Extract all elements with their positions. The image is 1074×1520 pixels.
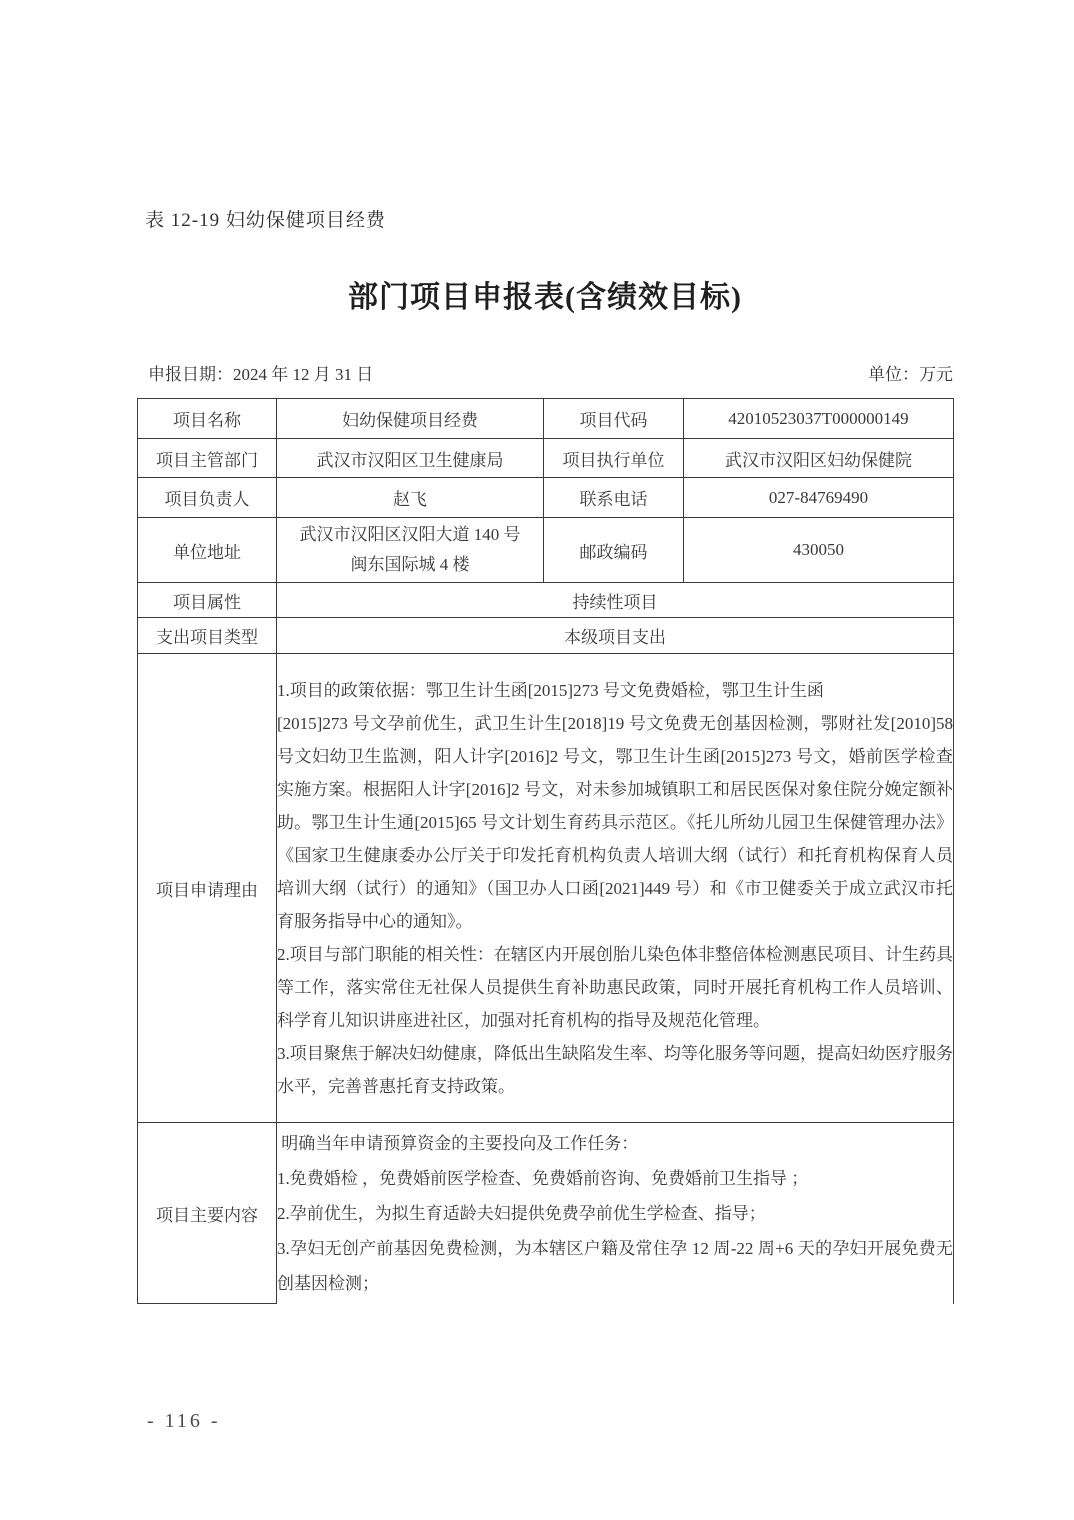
- competent-dept-label: 项目主管部门: [138, 439, 277, 478]
- text-line: 1.免费婚检 ，免费婚前医学检查、免费婚前咨询、免费婚前卫生指导 ；: [277, 1161, 953, 1196]
- row-application-reason: 项目申请理由 1.项目的政策依据：鄂卫生计生函[2015]273 号文免费婚检，…: [138, 654, 954, 1123]
- page-number: - 116 -: [147, 1410, 221, 1433]
- executing-unit-value: 武汉市汉阳区妇幼保健院: [684, 439, 954, 478]
- meta-row: 申报日期：2024 年 12 月 31 日 单位：万元: [137, 360, 953, 385]
- declare-date: 申报日期：2024 年 12 月 31 日: [137, 360, 373, 385]
- text-line: 武汉市汉阳区汉阳大道 140 号: [277, 520, 543, 550]
- row-competent-dept: 项目主管部门 武汉市汉阳区卫生健康局 项目执行单位 武汉市汉阳区妇幼保健院: [138, 439, 954, 478]
- project-application-table: 项目名称 妇幼保健项目经费 项目代码 42010523037T000000149…: [137, 398, 954, 1304]
- application-reason-text: 1.项目的政策依据：鄂卫生计生函[2015]273 号文免费婚检，鄂卫生计生函[…: [277, 654, 954, 1123]
- row-project-name: 项目名称 妇幼保健项目经费 项目代码 42010523037T000000149: [138, 399, 954, 439]
- text-line: 1.项目的政策依据：鄂卫生计生函[2015]273 号文免费婚检，鄂卫生计生函: [277, 674, 953, 707]
- project-leader-value: 赵飞: [277, 478, 544, 518]
- competent-dept-value: 武汉市汉阳区卫生健康局: [277, 439, 544, 478]
- unit-label: 单位：万元: [868, 360, 953, 385]
- main-content-paragraphs: 明确当年申请预算资金的主要投向及工作任务：1.免费婚检 ，免费婚前医学检查、免费…: [277, 1126, 953, 1301]
- row-project-attribute: 项目属性 持续性项目: [138, 583, 954, 618]
- text-line: 3.孕妇无创产前基因免费检测，为本辖区户籍及常住孕 12 周-22 周+6 天的…: [277, 1231, 953, 1301]
- expenditure-type-label: 支出项目类型: [138, 618, 277, 654]
- contact-phone-value: 027-84769490: [684, 478, 954, 518]
- table-index-label: 表 12-19 妇幼保健项目经费: [145, 205, 386, 232]
- row-project-leader: 项目负责人 赵飞 联系电话 027-84769490: [138, 478, 954, 518]
- text-line: 3.项目聚焦于解决妇幼健康，降低出生缺陷发生率、均等化服务等问题，提高妇幼医疗服…: [277, 1037, 953, 1103]
- project-name-label: 项目名称: [138, 399, 277, 439]
- unit-address-label: 单位地址: [138, 518, 277, 583]
- text-line: 2.项目与部门职能的相关性：在辖区内开展创胎儿染色体非整倍体检测惠民项目、计生药…: [277, 938, 953, 1037]
- text-line: 2.孕前优生，为拟生育适龄夫妇提供免费孕前优生学检查、指导；: [277, 1196, 953, 1231]
- contact-phone-label: 联系电话: [544, 478, 684, 518]
- project-name-value: 妇幼保健项目经费: [277, 399, 544, 439]
- project-attribute-label: 项目属性: [138, 583, 277, 618]
- project-attribute-value: 持续性项目: [277, 583, 954, 618]
- page-title: 部门项目申报表(含绩效目标): [137, 272, 953, 316]
- main-content-text: 明确当年申请预算资金的主要投向及工作任务：1.免费婚检 ，免费婚前医学检查、免费…: [277, 1123, 954, 1304]
- row-expenditure-type: 支出项目类型 本级项目支出: [138, 618, 954, 654]
- project-leader-label: 项目负责人: [138, 478, 277, 518]
- text-line: 闽东国际城 4 楼: [277, 550, 543, 580]
- text-line: 明确当年申请预算资金的主要投向及工作任务：: [277, 1126, 953, 1161]
- text-line: [2015]273 号文孕前优生，武卫生计生[2018]19 号文免费无创基因检…: [277, 707, 953, 938]
- document-page: 表 12-19 妇幼保健项目经费 部门项目申报表(含绩效目标) 申报日期：202…: [0, 0, 1074, 1520]
- unit-address-lines: 武汉市汉阳区汉阳大道 140 号闽东国际城 4 楼: [277, 520, 543, 580]
- row-unit-address: 单位地址 武汉市汉阳区汉阳大道 140 号闽东国际城 4 楼 邮政编码 4300…: [138, 518, 954, 583]
- unit-address-value: 武汉市汉阳区汉阳大道 140 号闽东国际城 4 楼: [277, 518, 544, 583]
- postal-code-value: 430050: [684, 518, 954, 583]
- application-reason-label: 项目申请理由: [138, 654, 277, 1123]
- postal-code-label: 邮政编码: [544, 518, 684, 583]
- project-code-value: 42010523037T000000149: [684, 399, 954, 439]
- row-main-content: 项目主要内容 明确当年申请预算资金的主要投向及工作任务：1.免费婚检 ，免费婚前…: [138, 1123, 954, 1304]
- expenditure-type-value: 本级项目支出: [277, 618, 954, 654]
- project-code-label: 项目代码: [544, 399, 684, 439]
- application-reason-paragraphs: 1.项目的政策依据：鄂卫生计生函[2015]273 号文免费婚检，鄂卫生计生函[…: [277, 674, 953, 1103]
- application-form: 项目名称 妇幼保健项目经费 项目代码 42010523037T000000149…: [137, 398, 953, 1304]
- main-content-label: 项目主要内容: [138, 1123, 277, 1304]
- executing-unit-label: 项目执行单位: [544, 439, 684, 478]
